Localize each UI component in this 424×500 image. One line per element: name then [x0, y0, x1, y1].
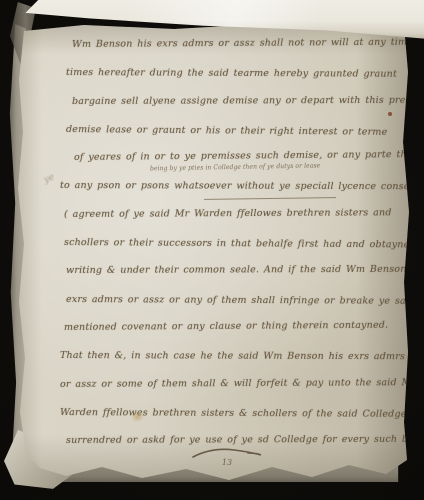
manuscript-line: or assz or some of them shall & will for… [60, 368, 398, 398]
page-number-block: 13 [182, 446, 272, 467]
manuscript-line: ( agreemt of ye said Mr Warden ffellowes… [64, 198, 398, 228]
page-number: 13 [182, 458, 272, 467]
manuscript-photo: Wm Benson his exrs admrs or assz shall n… [0, 0, 424, 500]
manuscript-line: mentioned covenant or any clause or thin… [64, 311, 398, 342]
handwriting-block: Wm Benson his exrs admrs or assz shall n… [60, 30, 398, 454]
manuscript-page: Wm Benson his exrs admrs or assz shall n… [14, 22, 412, 490]
manuscript-line: bargaine sell alyene assigne demise any … [72, 85, 398, 114]
manuscript-line: That then &, in such case he the said Wm… [60, 341, 398, 370]
paper-stain [132, 412, 143, 421]
manuscript-line: Warden ffellowes brethren sisters & scho… [60, 398, 398, 428]
manuscript-line: times hereafter during the said tearme h… [66, 58, 398, 88]
manuscript-line: to any pson or psons whatsoever without … [60, 171, 398, 200]
red-ink-dot [388, 112, 392, 116]
manuscript-line: writing & under their common seale. And … [66, 255, 398, 284]
manuscript-line: Wm Benson his exrs admrs or assz shall n… [72, 28, 398, 59]
marginal-scribble-icon: ye [43, 172, 56, 185]
